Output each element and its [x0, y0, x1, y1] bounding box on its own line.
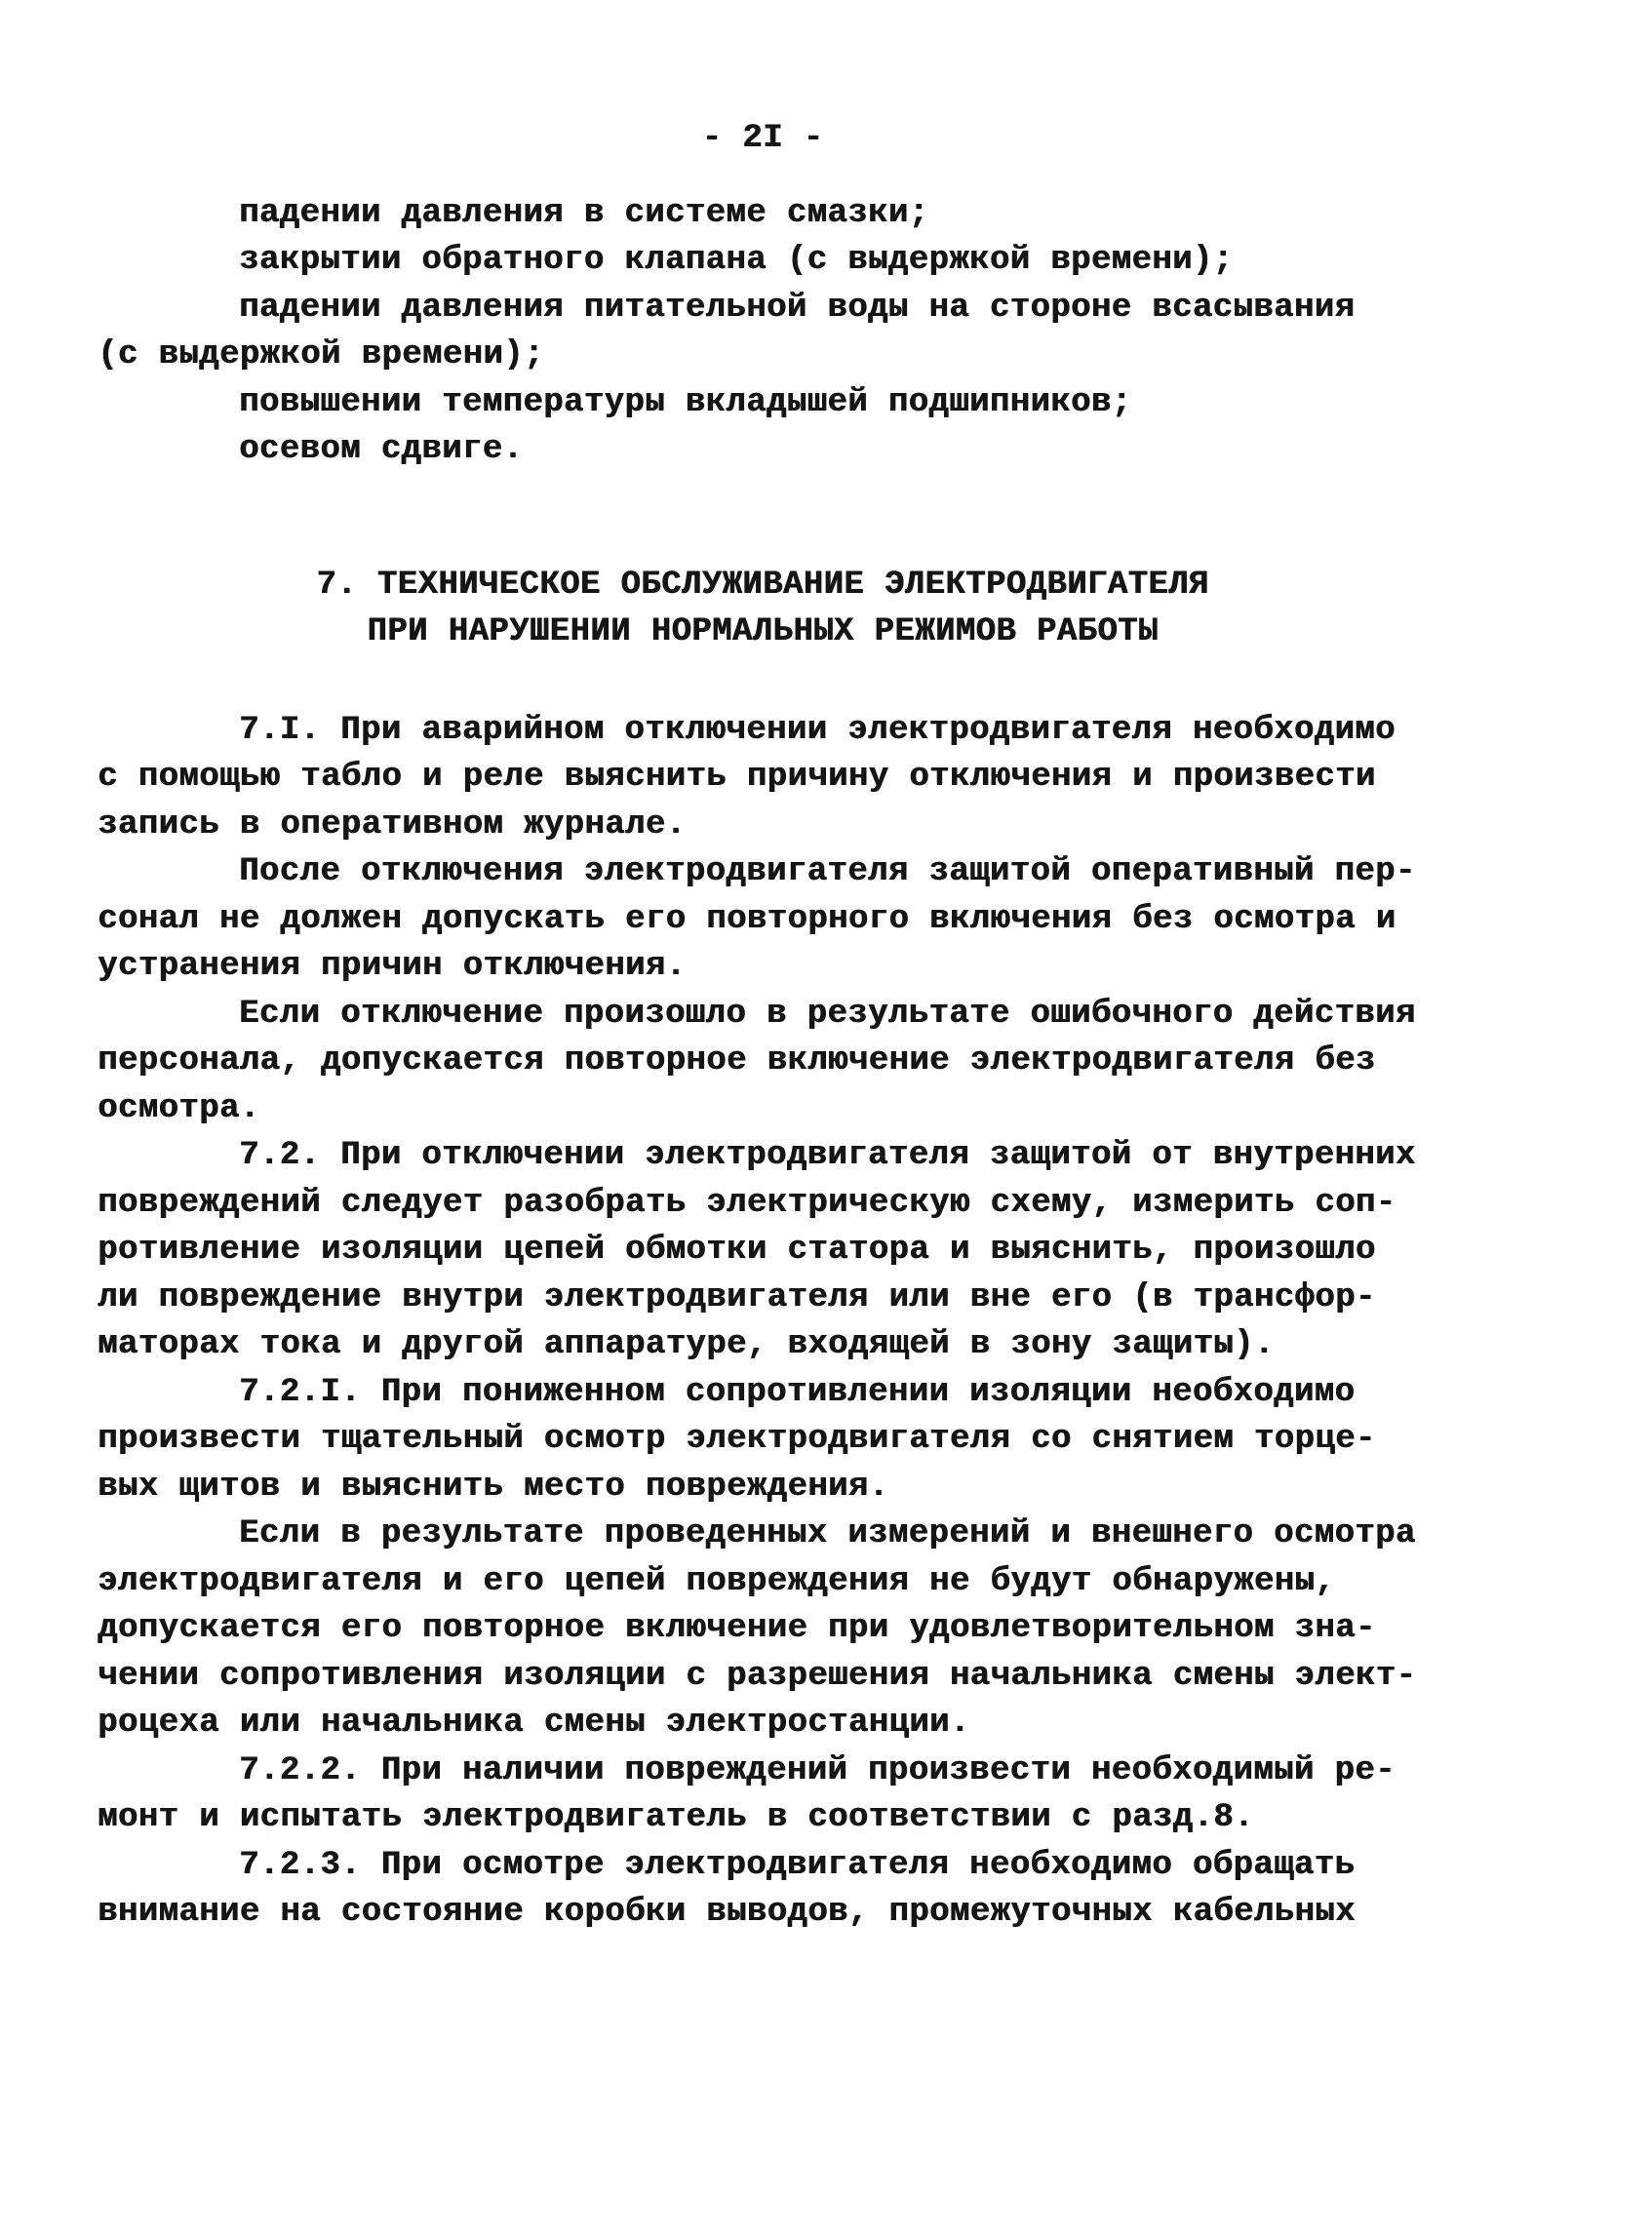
paragraph-line: монт и испытать электродвигатель в соотв…	[98, 1794, 1428, 1842]
paragraph-line: осмотра.	[98, 1085, 1428, 1133]
paragraph-line: ли повреждение внутри электродвигателя и…	[98, 1275, 1428, 1322]
paragraph-line: 7.2.I. При пониженном сопротивлении изол…	[98, 1369, 1428, 1417]
paragraph-line: вых щитов и выяснить место повреждения.	[98, 1464, 1428, 1512]
paragraph-line: Если в результате проведенных измерений …	[98, 1511, 1428, 1558]
page-number: - 2I -	[98, 115, 1428, 163]
section-7-body: 7.I. При аварийном отключении электродви…	[98, 707, 1428, 1937]
paragraph-line: Если отключение произошло в результате о…	[98, 991, 1428, 1039]
section-7-heading: 7. ТЕХНИЧЕСКОЕ ОБСЛУЖИВАНИЕ ЭЛЕКТРОДВИГА…	[98, 562, 1428, 656]
paragraph-line: допускается его повторное включение при …	[98, 1605, 1428, 1653]
paragraph-line: повреждений следует разобрать электричес…	[98, 1180, 1428, 1228]
alarm-condition-line: падении давления питательной воды на сто…	[98, 285, 1428, 333]
paragraph-line: После отключения электродвигателя защито…	[98, 848, 1428, 896]
paragraph-line: запись в оперативном журнале.	[98, 802, 1428, 849]
paragraph-line: электродвигателя и его цепей повреждения…	[98, 1558, 1428, 1606]
paragraph-line: персонала, допускается повторное включен…	[98, 1038, 1428, 1085]
alarm-condition-line: осевом сдвиге.	[98, 426, 1428, 474]
alarm-condition-line: падении давления в системе смазки;	[98, 190, 1428, 238]
paragraph-line: внимание на состояние коробки выводов, п…	[98, 1889, 1428, 1937]
paragraph-line: устранения причин отключения.	[98, 943, 1428, 991]
paragraph-line: ротивление изоляции цепей обмотки статор…	[98, 1227, 1428, 1275]
paragraph-line: 7.2.3. При осмотре электродвигателя необ…	[98, 1842, 1428, 1890]
paragraph-line: произвести тщательный осмотр электродвиг…	[98, 1416, 1428, 1464]
paragraph-line: с помощью табло и реле выяснить причину …	[98, 754, 1428, 802]
paragraph-line: чении сопротивления изоляции с разрешени…	[98, 1653, 1428, 1701]
paragraph-line: 7.2. При отключении электродвигателя защ…	[98, 1132, 1428, 1180]
paragraph-line: роцеха или начальника смены электростанц…	[98, 1700, 1428, 1747]
paragraph-line: 7.2.2. При наличии повреждений произвест…	[98, 1747, 1428, 1795]
section-7-heading-line2: ПРИ НАРУШЕНИИ НОРМАЛЬНЫХ РЕЖИМОВ РАБОТЫ	[98, 609, 1428, 656]
paragraph-line: 7.I. При аварийном отключении электродви…	[98, 707, 1428, 755]
paragraph-line: сонал не должен допускать его повторного…	[98, 896, 1428, 944]
alarm-condition-line: закрытии обратного клапана (с выдержкой …	[98, 237, 1428, 285]
document-page: - 2I - падении давления в системе смазки…	[0, 0, 1652, 2238]
section-7-heading-line1: 7. ТЕХНИЧЕСКОЕ ОБСЛУЖИВАНИЕ ЭЛЕКТРОДВИГА…	[98, 562, 1428, 609]
alarm-condition-line: повышении температуры вкладышей подшипни…	[98, 379, 1428, 427]
alarm-condition-line: (с выдержкой времени);	[98, 332, 1428, 379]
paragraph-line: маторах тока и другой аппаратуре, входящ…	[98, 1321, 1428, 1369]
alarm-conditions-list: падении давления в системе смазки; закры…	[98, 190, 1428, 474]
